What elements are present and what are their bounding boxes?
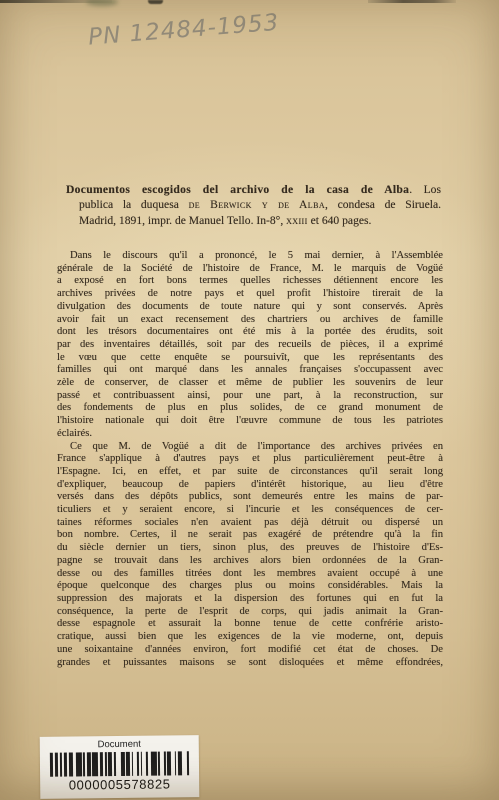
text-line: du siècle dernier un tiers, sinon plus, … <box>57 542 443 555</box>
scan-artifact <box>148 0 163 4</box>
text-line: cratique, aussi bien que les exigences d… <box>57 631 443 644</box>
text-line: taines réformes sociales n'en avaient pa… <box>57 517 443 530</box>
text-line: une soixantaine d'années environ, fort m… <box>57 644 443 657</box>
citation-block: Documentos escogidos del archivo de la c… <box>66 182 441 228</box>
text-line: d'expliquer, beaucoup de papiers d'intér… <box>57 479 443 492</box>
handwritten-shelfmark: PN 12484-1953 <box>87 7 308 50</box>
citation-line: Madrid, 1891, impr. de Manuel Tello. In-… <box>66 213 441 228</box>
text-line: pagne se trouvait dans les archives alor… <box>57 555 443 568</box>
citation-line: Documentos escogidos del archivo de la c… <box>66 182 441 197</box>
barcode-label-title: Document <box>40 738 199 751</box>
text-line: versés dans des dépôts publics, sont dem… <box>57 491 443 504</box>
barcode-label: Document 0000005578825 <box>40 735 200 799</box>
citation-segment: xxiii <box>286 214 308 227</box>
text-line: l'Espagne. Ici, en effet, et par suite d… <box>57 466 443 479</box>
text-line: Dans le discours qu'il a prononcé, le 5 … <box>57 250 443 263</box>
text-line: suppression des majorats et la dispersio… <box>57 593 443 606</box>
scanned-page: PN 12484-1953 Documentos escogidos del a… <box>0 0 499 800</box>
citation-segment: de Berwick y de Alba <box>189 198 325 211</box>
text-line: dont les trésors documentaires ont été m… <box>57 326 443 339</box>
text-line: archives privées de notre pays et quel p… <box>57 288 443 301</box>
text-line: générale de la Société de l'histoire de … <box>57 263 443 276</box>
text-line: Ce que M. de Vogüé a dit de l'importance… <box>57 441 443 454</box>
text-line: le vœu que cette enquête se poursuivît, … <box>57 352 443 365</box>
text-line: conséquence, la perte de l'esprit de cor… <box>57 606 443 619</box>
text-line: passé et contribuassent ainsi, pour une … <box>57 390 443 403</box>
scan-artifact <box>86 0 118 6</box>
text-line: bon nombre. Certes, il ne serait pas exa… <box>57 529 443 542</box>
barcode-number: 0000005578825 <box>40 776 199 794</box>
text-line: des fondements de plus en plus solides, … <box>57 402 443 415</box>
citation-segment: Madrid, 1891, impr. de Manuel Tello. In-… <box>79 214 286 227</box>
scan-artifact <box>0 0 112 3</box>
barcode <box>49 751 189 776</box>
text-line: l'histoire nationale qui doit être l'œuv… <box>57 415 443 428</box>
citation-segment: . Los <box>409 183 441 196</box>
text-line: grandes et puissantes maisons se sont di… <box>57 657 443 670</box>
text-line: divulgation des documents de toute natur… <box>57 301 443 314</box>
text-line: zèle de conserver, de classer et même de… <box>57 377 443 390</box>
text-line: ticuliers et y seraient encore, si l'inc… <box>57 504 443 517</box>
citation-segment: , condesa de Siruela. <box>325 198 441 211</box>
citation-segment: Documentos escogidos del archivo de la c… <box>66 183 409 196</box>
text-line: desse ou des familles titrées dont les m… <box>57 568 443 581</box>
body-text: Dans le discours qu'il a prononcé, le 5 … <box>57 250 443 669</box>
citation-segment: et 640 pages. <box>308 214 372 227</box>
text-line: familles qui ont marqué dans les annales… <box>57 364 443 377</box>
text-line: éclairés. <box>57 428 443 441</box>
citation-segment: publica la duquesa <box>79 198 189 211</box>
citation-line: publica la duquesa de Berwick y de Alba,… <box>66 197 441 212</box>
text-line: époque quelconque des charges plus ou mo… <box>57 580 443 593</box>
scan-artifact <box>368 0 456 3</box>
text-line: a exposé en fort bons termes quelles ric… <box>57 275 443 288</box>
text-line: France s'applique à d'autres pays et plu… <box>57 453 443 466</box>
text-line: par des inventaires détaillés, soit par … <box>57 339 443 352</box>
text-line: avoir fait un exact recensement des char… <box>57 314 443 327</box>
text-line: desse espagnole et assurait la bonne ten… <box>57 618 443 631</box>
barcode-bar <box>187 751 189 775</box>
